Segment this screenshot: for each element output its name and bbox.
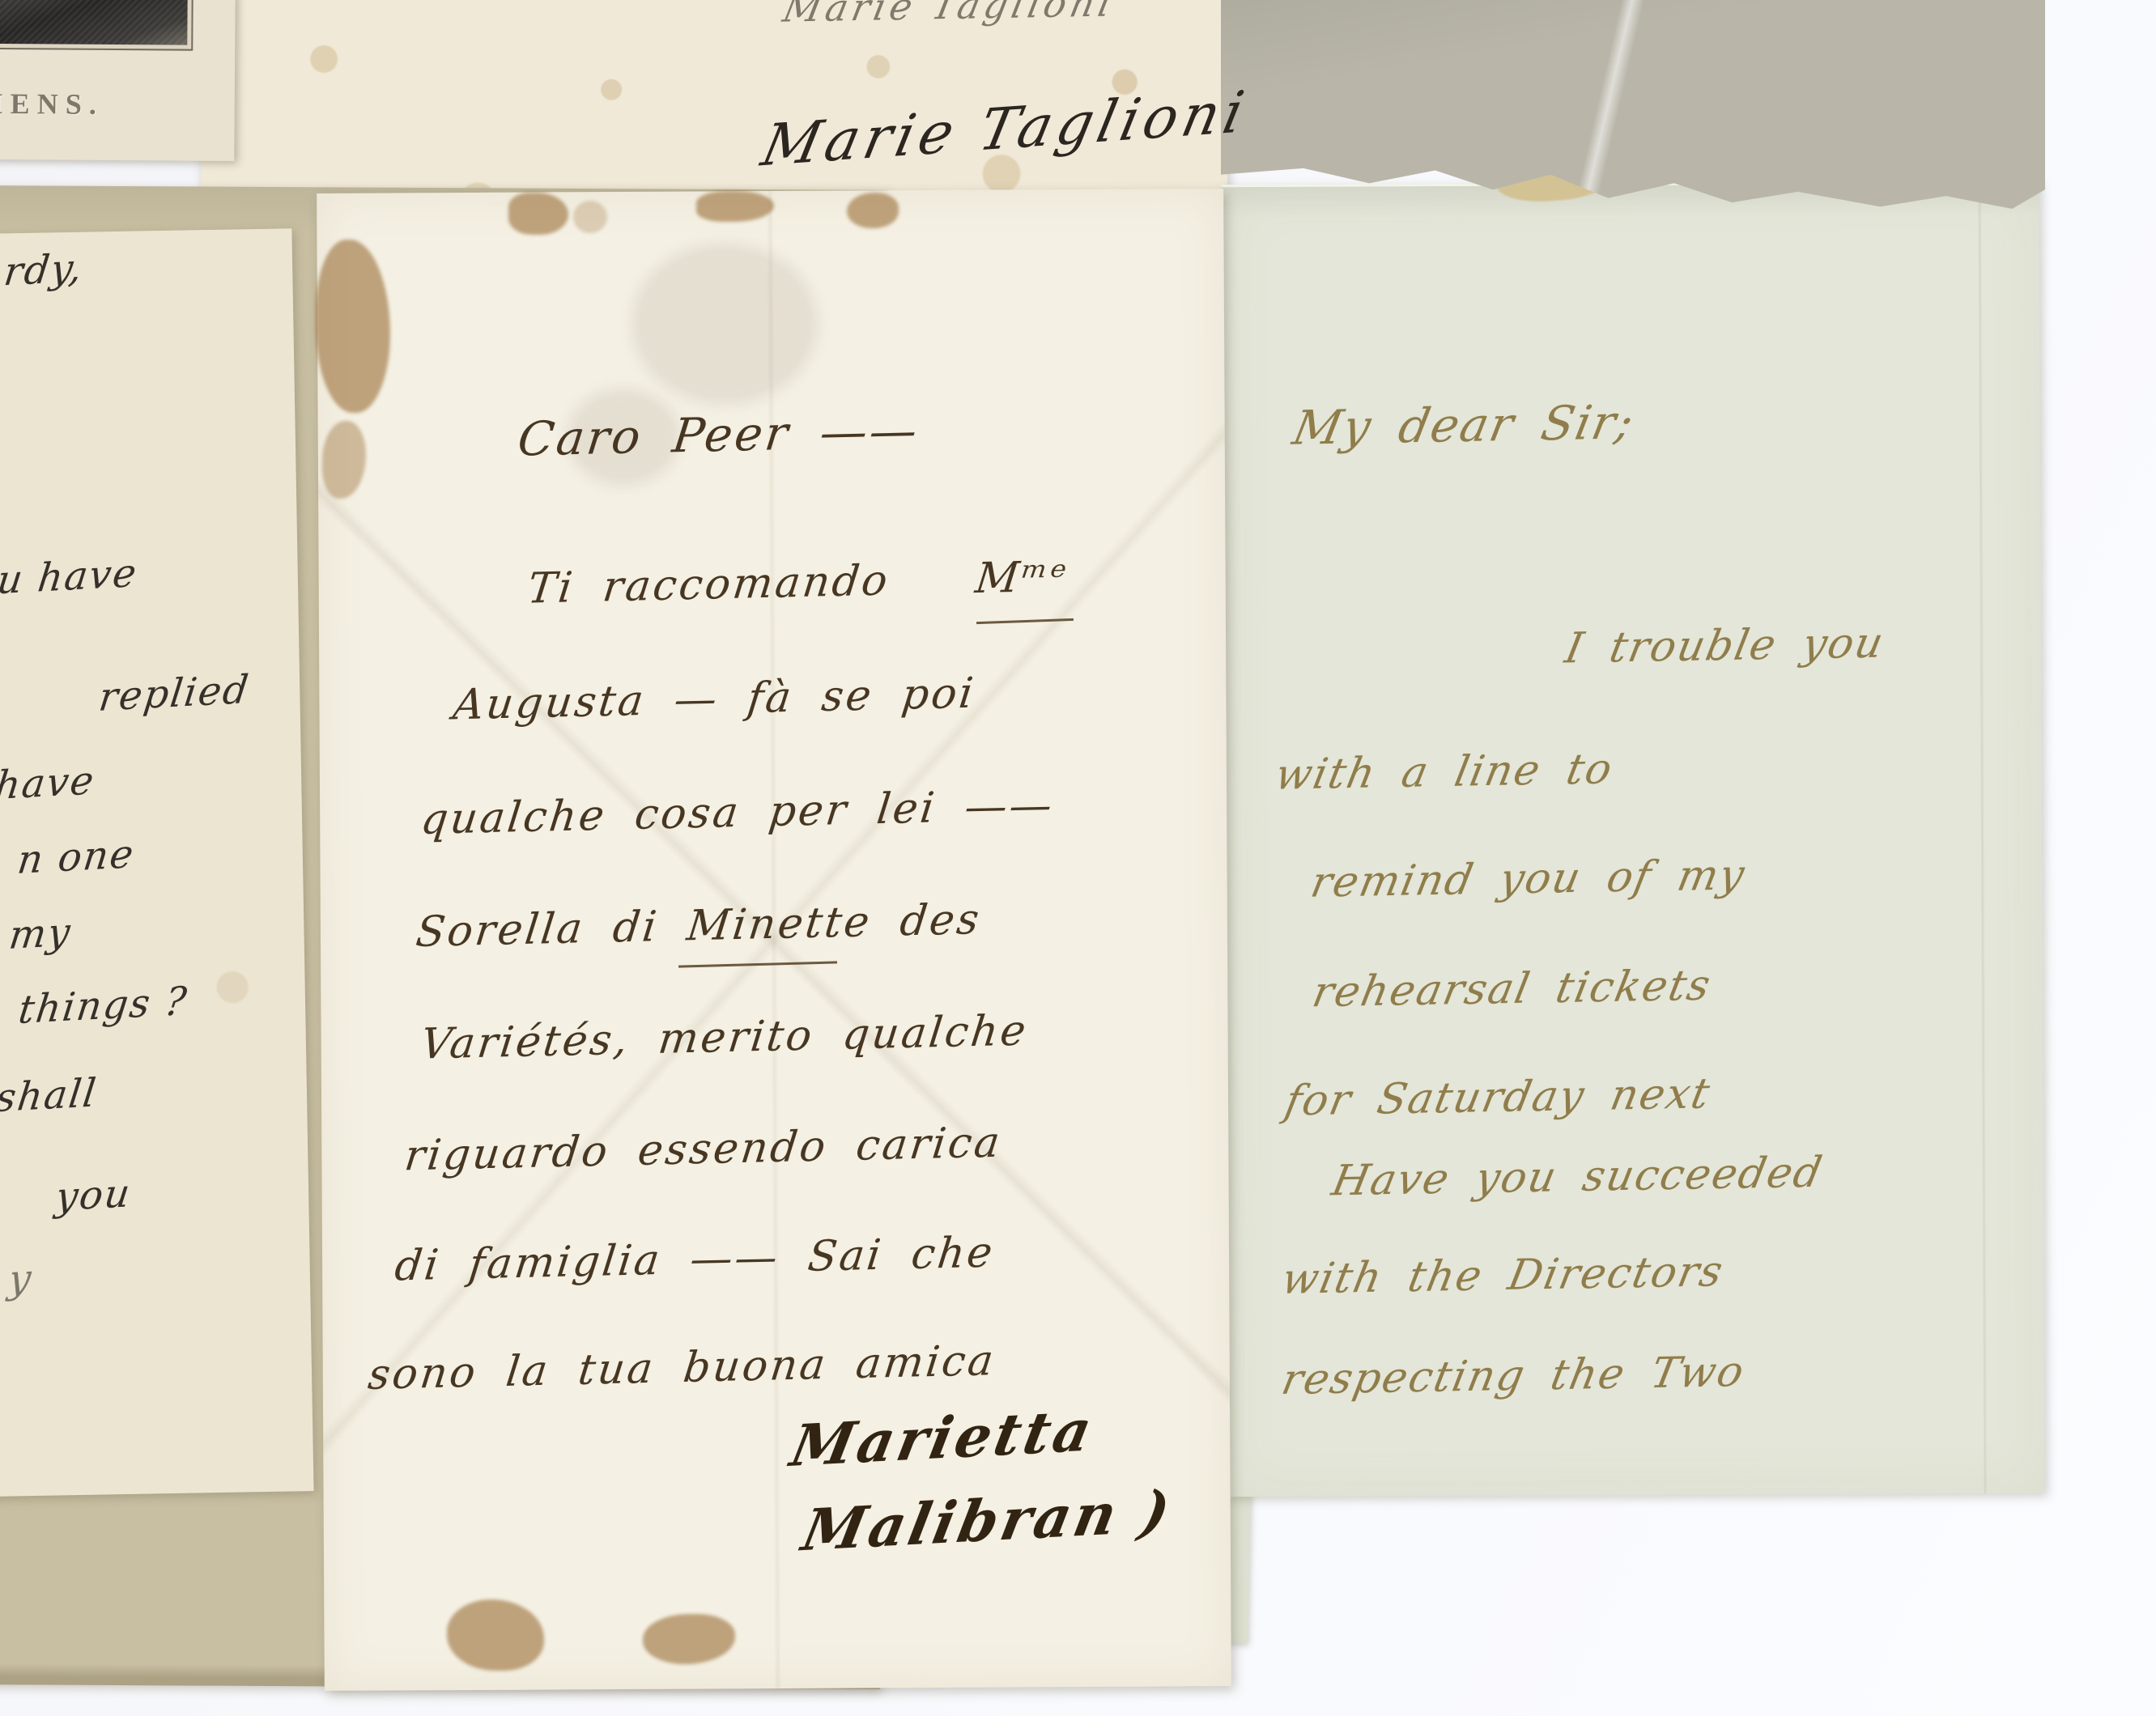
left-letter-page: rdy, c ou have replied have n one my thi… xyxy=(0,228,314,1497)
left-letter-fragment: ou have xyxy=(0,554,140,601)
malibran-signature-first-name: Marietta xyxy=(786,1402,1099,1475)
malibran-letter-line: Caro Peer —— xyxy=(516,406,922,462)
taglioni-printed-name: Marie Taglioni xyxy=(780,0,1118,28)
left-letter-fragment: rdy, xyxy=(2,248,85,291)
ink-stain xyxy=(847,193,899,228)
right-letter-line: with a line to xyxy=(1272,748,1617,796)
ink-stain xyxy=(508,193,568,235)
right-letter-line: rehearsal tickets xyxy=(1309,965,1715,1014)
left-letter-fragment: my xyxy=(7,913,74,955)
left-letter-fragment: shall xyxy=(0,1073,100,1118)
left-letter-fragment: y xyxy=(6,1259,35,1299)
right-letter-line: My dear Sir; xyxy=(1289,398,1639,452)
left-letter-fragment: n one xyxy=(15,835,137,880)
engraving-image xyxy=(0,0,188,45)
photograph-of-letters: Marie Taglioni Marie Taglioni IENS. My d… xyxy=(0,0,2156,1716)
gray-smudge xyxy=(631,243,818,405)
left-letter-fragment: things ? xyxy=(16,982,189,1030)
right-letter-line: with the Directors xyxy=(1278,1251,1728,1301)
left-letter-fragment: you xyxy=(53,1174,134,1217)
right-letter-line: respecting the Two xyxy=(1278,1351,1749,1401)
malibran-letter-line: Ti raccomando Mᵐᵉ xyxy=(525,555,1070,610)
malibran-letter-line: Sorella di Minette des xyxy=(414,898,984,954)
engraving-sheet: IENS. xyxy=(0,0,236,161)
malibran-letter-line: Augusta — fà se poi xyxy=(451,673,977,727)
right-letter-line: Have you succeeded xyxy=(1329,1152,1826,1203)
right-letter-line: I trouble you xyxy=(1562,622,1888,669)
right-letter-line: remind you of my xyxy=(1308,854,1749,904)
left-letter-fragment: have xyxy=(0,761,97,805)
engraving-caption: IENS. xyxy=(0,87,104,121)
engraving-frame xyxy=(0,0,193,51)
gray-torn-sheet xyxy=(1221,0,2045,209)
left-letter-fragment: replied xyxy=(97,670,253,717)
ink-stain xyxy=(573,201,607,233)
right-letter-line: for Saturday next xyxy=(1282,1072,1715,1122)
